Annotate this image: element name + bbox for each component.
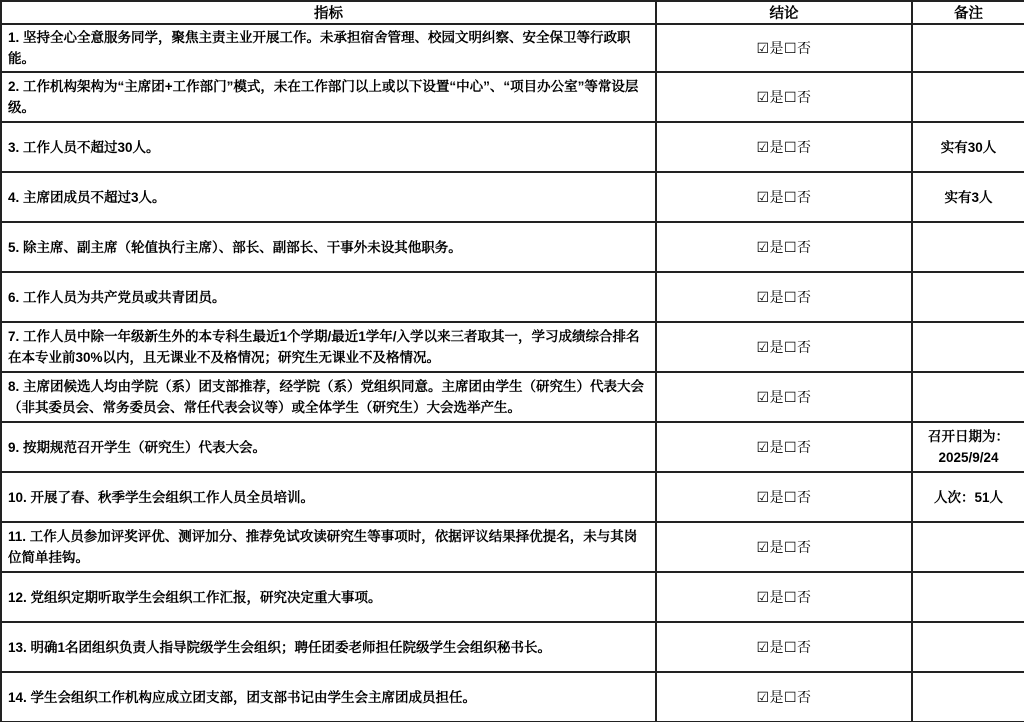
indicator-cell: 10. 开展了春、秋季学生会组织工作人员全员培训。	[1, 472, 656, 522]
table-row: 14. 学生会组织工作机构应成立团支部，团支部书记由学生会主席团成员担任。 ☑是…	[1, 672, 1024, 722]
indicator-cell: 9. 按期规范召开学生（研究生）代表大会。	[1, 422, 656, 472]
yes-no-checkbox[interactable]: ☑是☐否	[756, 589, 811, 605]
yes-no-checkbox[interactable]: ☑是☐否	[756, 239, 811, 255]
evaluation-checklist-table: 指标 结论 备注 1. 坚持全心全意服务同学，聚焦主责主业开展工作。未承担宿舍管…	[0, 0, 1024, 722]
indicator-cell: 14. 学生会组织工作机构应成立团支部，团支部书记由学生会主席团成员担任。	[1, 672, 656, 722]
remark-cell	[912, 622, 1024, 672]
conclusion-cell: ☑是☐否	[656, 672, 912, 722]
table-row: 5. 除主席、副主席（轮值执行主席）、部长、副部长、干事外未设其他职务。 ☑是☐…	[1, 222, 1024, 272]
indicator-cell: 6. 工作人员为共产党员或共青团员。	[1, 272, 656, 322]
conclusion-cell: ☑是☐否	[656, 122, 912, 172]
yes-no-checkbox[interactable]: ☑是☐否	[756, 689, 811, 705]
table-row: 2. 工作机构架构为“主席团+工作部门”模式，未在工作部门以上或以下设置“中心”…	[1, 72, 1024, 122]
yes-no-checkbox[interactable]: ☑是☐否	[756, 189, 811, 205]
yes-no-checkbox[interactable]: ☑是☐否	[756, 439, 811, 455]
table-header-row: 指标 结论 备注	[1, 1, 1024, 24]
yes-no-checkbox[interactable]: ☑是☐否	[756, 40, 811, 56]
remark-cell: 人次：51人	[912, 472, 1024, 522]
table-row: 10. 开展了春、秋季学生会组织工作人员全员培训。 ☑是☐否 人次：51人	[1, 472, 1024, 522]
table-row: 12. 党组织定期听取学生会组织工作汇报，研究决定重大事项。 ☑是☐否	[1, 572, 1024, 622]
conclusion-cell: ☑是☐否	[656, 622, 912, 672]
conclusion-cell: ☑是☐否	[656, 572, 912, 622]
remark-cell	[912, 322, 1024, 372]
conclusion-cell: ☑是☐否	[656, 372, 912, 422]
yes-no-checkbox[interactable]: ☑是☐否	[756, 489, 811, 505]
header-conclusion: 结论	[656, 1, 912, 24]
remark-cell	[912, 72, 1024, 122]
remark-cell	[912, 522, 1024, 572]
table-row: 13. 明确1名团组织负责人指导院级学生会组织；聘任团委老师担任院级学生会组织秘…	[1, 622, 1024, 672]
conclusion-cell: ☑是☐否	[656, 172, 912, 222]
header-indicator: 指标	[1, 1, 656, 24]
indicator-cell: 12. 党组织定期听取学生会组织工作汇报，研究决定重大事项。	[1, 572, 656, 622]
yes-no-checkbox[interactable]: ☑是☐否	[756, 289, 811, 305]
indicator-cell: 2. 工作机构架构为“主席团+工作部门”模式，未在工作部门以上或以下设置“中心”…	[1, 72, 656, 122]
indicator-cell: 8. 主席团候选人均由学院（系）团支部推荐，经学院（系）党组织同意。主席团由学生…	[1, 372, 656, 422]
yes-no-checkbox[interactable]: ☑是☐否	[756, 539, 811, 555]
header-remark: 备注	[912, 1, 1024, 24]
conclusion-cell: ☑是☐否	[656, 322, 912, 372]
conclusion-cell: ☑是☐否	[656, 222, 912, 272]
indicator-cell: 7. 工作人员中除一年级新生外的本专科生最近1个学期/最近1学年/入学以来三者取…	[1, 322, 656, 372]
yes-no-checkbox[interactable]: ☑是☐否	[756, 639, 811, 655]
yes-no-checkbox[interactable]: ☑是☐否	[756, 139, 811, 155]
indicator-cell: 1. 坚持全心全意服务同学，聚焦主责主业开展工作。未承担宿舍管理、校园文明纠察、…	[1, 24, 656, 72]
table-row: 1. 坚持全心全意服务同学，聚焦主责主业开展工作。未承担宿舍管理、校园文明纠察、…	[1, 24, 1024, 72]
indicator-cell: 5. 除主席、副主席（轮值执行主席）、部长、副部长、干事外未设其他职务。	[1, 222, 656, 272]
remark-cell	[912, 24, 1024, 72]
yes-no-checkbox[interactable]: ☑是☐否	[756, 389, 811, 405]
conclusion-cell: ☑是☐否	[656, 522, 912, 572]
table-row: 11. 工作人员参加评奖评优、测评加分、推荐免试攻读研究生等事项时，依据评议结果…	[1, 522, 1024, 572]
table-row: 3. 工作人员不超过30人。 ☑是☐否 实有30人	[1, 122, 1024, 172]
yes-no-checkbox[interactable]: ☑是☐否	[756, 339, 811, 355]
remark-cell	[912, 222, 1024, 272]
remark-cell: 实有3人	[912, 172, 1024, 222]
table-row: 6. 工作人员为共产党员或共青团员。 ☑是☐否	[1, 272, 1024, 322]
indicator-cell: 11. 工作人员参加评奖评优、测评加分、推荐免试攻读研究生等事项时，依据评议结果…	[1, 522, 656, 572]
remark-cell: 召开日期为：2025/9/24	[912, 422, 1024, 472]
remark-cell: 实有30人	[912, 122, 1024, 172]
conclusion-cell: ☑是☐否	[656, 24, 912, 72]
indicator-cell: 3. 工作人员不超过30人。	[1, 122, 656, 172]
table-row: 8. 主席团候选人均由学院（系）团支部推荐，经学院（系）党组织同意。主席团由学生…	[1, 372, 1024, 422]
remark-cell	[912, 672, 1024, 722]
remark-cell	[912, 572, 1024, 622]
table-row: 4. 主席团成员不超过3人。 ☑是☐否 实有3人	[1, 172, 1024, 222]
conclusion-cell: ☑是☐否	[656, 272, 912, 322]
indicator-cell: 4. 主席团成员不超过3人。	[1, 172, 656, 222]
indicator-cell: 13. 明确1名团组织负责人指导院级学生会组织；聘任团委老师担任院级学生会组织秘…	[1, 622, 656, 672]
conclusion-cell: ☑是☐否	[656, 472, 912, 522]
remark-cell	[912, 372, 1024, 422]
table-row: 9. 按期规范召开学生（研究生）代表大会。 ☑是☐否 召开日期为：2025/9/…	[1, 422, 1024, 472]
conclusion-cell: ☑是☐否	[656, 422, 912, 472]
table-row: 7. 工作人员中除一年级新生外的本专科生最近1个学期/最近1学年/入学以来三者取…	[1, 322, 1024, 372]
yes-no-checkbox[interactable]: ☑是☐否	[756, 89, 811, 105]
remark-cell	[912, 272, 1024, 322]
conclusion-cell: ☑是☐否	[656, 72, 912, 122]
